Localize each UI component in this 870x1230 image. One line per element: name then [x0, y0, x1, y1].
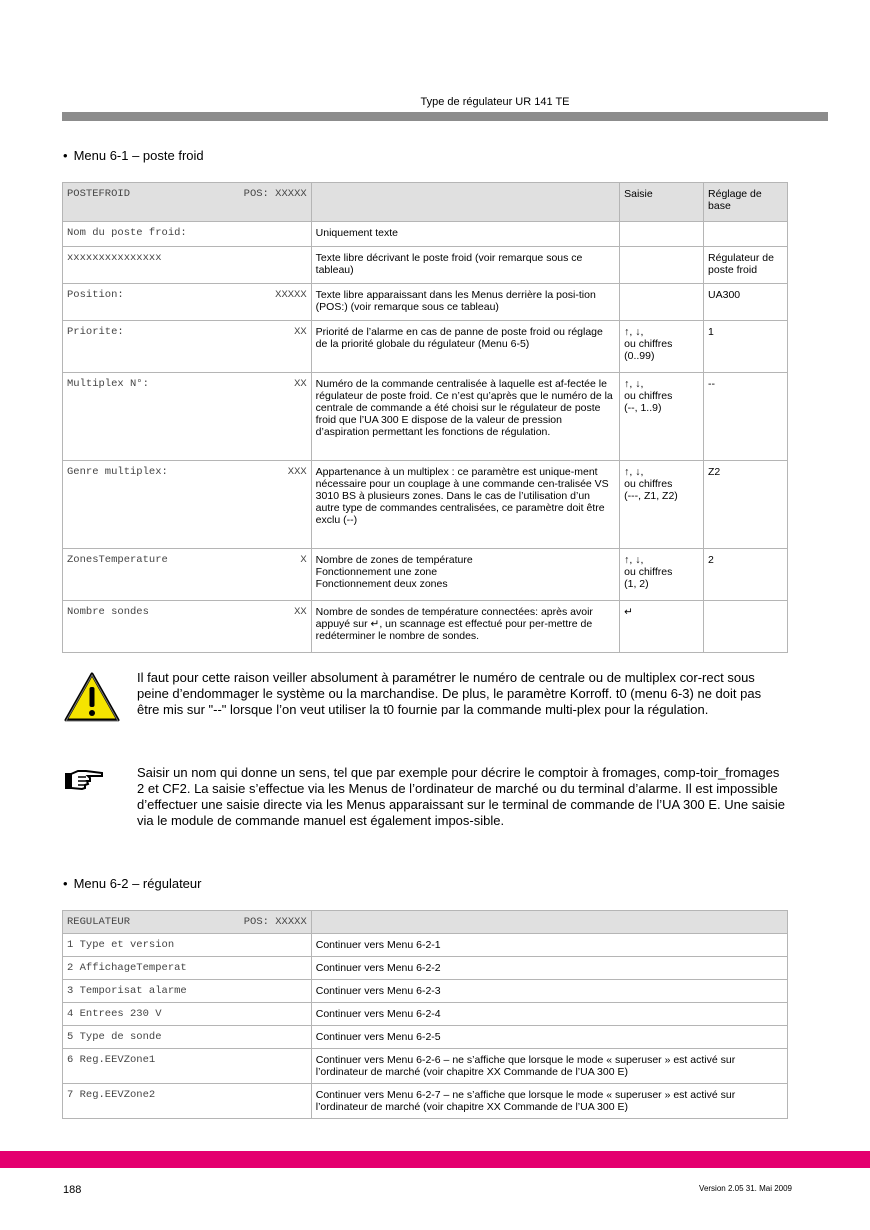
parameter-cell: Position:XXXXX — [63, 284, 312, 321]
warning-note-text: Il faut pour cette raison veiller absolu… — [137, 670, 787, 718]
menu-6-2-table: REGULATEURPOS: XXXXX 1 Type et versionCo… — [62, 910, 788, 1119]
menu-item-name: 4 Entrees 230 V — [63, 1003, 312, 1026]
saisie-cell: ↵ — [620, 601, 704, 653]
page-number: 188 — [63, 1184, 81, 1196]
header-cell-description — [311, 911, 787, 934]
menu-item-name: 5 Type de sonde — [63, 1026, 312, 1049]
menu-item-description: Continuer vers Menu 6-2-4 — [311, 1003, 787, 1026]
table-row: 1 Type et versionContinuer vers Menu 6-2… — [63, 934, 788, 957]
section-heading-menu-6-2: •Menu 6-2 – régulateur — [63, 876, 201, 891]
saisie-cell: ↑, ↓, ou chiffres (0..99) — [620, 321, 704, 373]
table-row: 6 Reg.EEVZone1Continuer vers Menu 6-2-6 … — [63, 1049, 788, 1084]
menu-item-name: 3 Temporisat alarme — [63, 980, 312, 1003]
menu-item-description: Continuer vers Menu 6-2-7 – ne s’affiche… — [311, 1084, 787, 1119]
parameter-cell: Genre multiplex:XXX — [63, 461, 312, 549]
parameter-value: X — [300, 554, 306, 566]
table-row: 2 AffichageTemperatContinuer vers Menu 6… — [63, 957, 788, 980]
description-cell: Appartenance à un multiplex : ce paramèt… — [311, 461, 619, 549]
table-row: ZonesTemperatureXNombre de zones de temp… — [63, 549, 788, 601]
saisie-cell: ↑, ↓, ou chiffres (1, 2) — [620, 549, 704, 601]
parameter-cell: ZonesTemperatureX — [63, 549, 312, 601]
parameter-cell: xxxxxxxxxxxxxxx — [63, 247, 312, 284]
description-cell: Nombre de sondes de température connecté… — [311, 601, 619, 653]
table-row: 4 Entrees 230 VContinuer vers Menu 6-2-4 — [63, 1003, 788, 1026]
parameter-value: XX — [294, 606, 307, 618]
reglage-cell: Z2 — [704, 461, 788, 549]
reglage-cell: Régulateur de poste froid — [704, 247, 788, 284]
header-cell-saisie: Saisie — [620, 183, 704, 222]
bullet-icon: • — [63, 148, 68, 163]
menu-item-name: 6 Reg.EEVZone1 — [63, 1049, 312, 1084]
parameter-cell: Nom du poste froid: — [63, 222, 312, 247]
parameter-name: Position: — [67, 289, 124, 301]
hint-note-text: Saisir un nom qui donne un sens, tel que… — [137, 765, 787, 829]
description-cell: Texte libre décrivant le poste froid (vo… — [311, 247, 619, 284]
menu-item-name: 2 AffichageTemperat — [63, 957, 312, 980]
menu-item-description: Continuer vers Menu 6-2-6 – ne s’affiche… — [311, 1049, 787, 1084]
description-cell: Nombre de zones de température Fonctionn… — [311, 549, 619, 601]
menu-item-name: 7 Reg.EEVZone2 — [63, 1084, 312, 1119]
parameter-name: xxxxxxxxxxxxxxx — [67, 252, 162, 264]
parameter-cell: Nombre sondesXX — [63, 601, 312, 653]
reglage-cell — [704, 222, 788, 247]
parameter-name: ZonesTemperature — [67, 554, 168, 566]
version-date: Version 2.05 31. Mai 2009 — [699, 1184, 792, 1193]
section-heading-text: Menu 6-2 – régulateur — [74, 876, 202, 891]
menu-item-description: Continuer vers Menu 6-2-3 — [311, 980, 787, 1003]
saisie-cell: ↑, ↓, ou chiffres (--, 1..9) — [620, 373, 704, 461]
table-header-row: REGULATEURPOS: XXXXX — [63, 911, 788, 934]
section-heading-text: Menu 6-1 – poste froid — [74, 148, 204, 163]
table-row: Priorite:XXPriorité de l’alarme en cas d… — [63, 321, 788, 373]
warning-triangle-icon — [64, 671, 120, 728]
table-row: Genre multiplex:XXXAppartenance à un mul… — [63, 461, 788, 549]
reglage-cell: 2 — [704, 549, 788, 601]
header-pos: POS: XXXXX — [244, 916, 307, 928]
parameter-name: Multiplex N°: — [67, 378, 149, 390]
description-cell: Texte libre apparaissant dans les Menus … — [311, 284, 619, 321]
header-cell-name: POSTEFROIDPOS: XXXXX — [63, 183, 312, 222]
menu-6-1-table: POSTEFROIDPOS: XXXXX Saisie Réglage de b… — [62, 182, 788, 653]
parameter-value: XXXXX — [275, 289, 307, 301]
parameter-value: XX — [294, 378, 307, 390]
description-cell: Uniquement texte — [311, 222, 619, 247]
parameter-value: XXX — [288, 466, 307, 478]
table-row: Nom du poste froid:Uniquement texte — [63, 222, 788, 247]
parameter-value: XX — [294, 326, 307, 338]
reglage-cell: -- — [704, 373, 788, 461]
table-header-row: POSTEFROIDPOS: XXXXX Saisie Réglage de b… — [63, 183, 788, 222]
footer-accent-bar — [0, 1151, 870, 1168]
description-cell: Numéro de la commande centralisée à laqu… — [311, 373, 619, 461]
header-name: REGULATEUR — [67, 916, 130, 928]
table-row: Position:XXXXXTexte libre apparaissant d… — [63, 284, 788, 321]
header-rule — [62, 112, 828, 121]
menu-item-name: 1 Type et version — [63, 934, 312, 957]
section-heading-menu-6-1: •Menu 6-1 – poste froid — [63, 148, 204, 163]
saisie-cell — [620, 284, 704, 321]
header-name: POSTEFROID — [67, 188, 130, 200]
parameter-name: Nom du poste froid: — [67, 227, 187, 239]
parameter-name: Nombre sondes — [67, 606, 149, 618]
saisie-cell — [620, 247, 704, 284]
table-row: Nombre sondesXXNombre de sondes de tempé… — [63, 601, 788, 653]
bullet-icon: • — [63, 876, 68, 891]
header-cell-reglage: Réglage de base — [704, 183, 788, 222]
header-pos: POS: XXXXX — [244, 188, 307, 200]
parameter-name: Genre multiplex: — [67, 466, 168, 478]
table-row: xxxxxxxxxxxxxxxTexte libre décrivant le … — [63, 247, 788, 284]
table-row: 7 Reg.EEVZone2Continuer vers Menu 6-2-7 … — [63, 1084, 788, 1119]
table-row: Multiplex N°:XXNuméro de la commande cen… — [63, 373, 788, 461]
header-cell-name: REGULATEURPOS: XXXXX — [63, 911, 312, 934]
menu-item-description: Continuer vers Menu 6-2-1 — [311, 934, 787, 957]
header-cell-description — [311, 183, 619, 222]
reglage-cell — [704, 601, 788, 653]
table-row: 5 Type de sondeContinuer vers Menu 6-2-5 — [63, 1026, 788, 1049]
menu-item-description: Continuer vers Menu 6-2-5 — [311, 1026, 787, 1049]
saisie-cell — [620, 222, 704, 247]
reglage-cell: 1 — [704, 321, 788, 373]
saisie-cell: ↑, ↓, ou chiffres (---, Z1, Z2) — [620, 461, 704, 549]
running-header-title: Type de régulateur UR 141 TE — [0, 96, 870, 108]
parameter-cell: Priorite:XX — [63, 321, 312, 373]
parameter-name: Priorite: — [67, 326, 124, 338]
table-row: 3 Temporisat alarmeContinuer vers Menu 6… — [63, 980, 788, 1003]
menu-item-description: Continuer vers Menu 6-2-2 — [311, 957, 787, 980]
pointing-hand-icon — [64, 768, 104, 799]
reglage-cell: UA300 — [704, 284, 788, 321]
parameter-cell: Multiplex N°:XX — [63, 373, 312, 461]
description-cell: Priorité de l’alarme en cas de panne de … — [311, 321, 619, 373]
